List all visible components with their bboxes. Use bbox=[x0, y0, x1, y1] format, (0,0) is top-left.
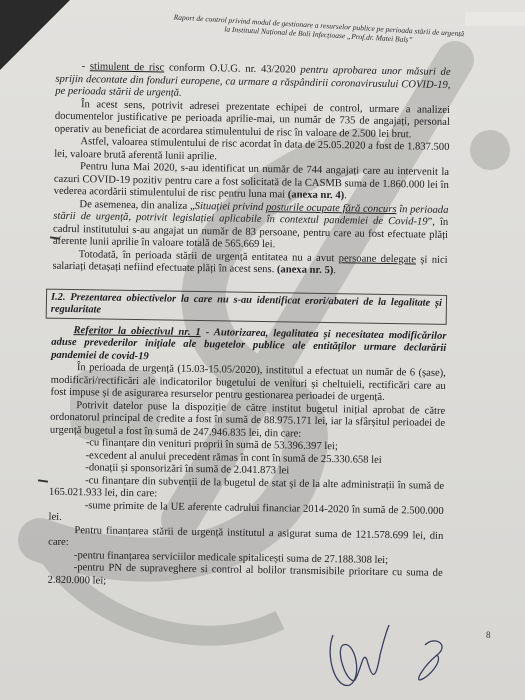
section-heading: I.2. Prezentarea obiectivelor la care nu… bbox=[46, 288, 447, 324]
paragraph-employees: În acest sens, potrivit adresei prezenta… bbox=[55, 98, 451, 142]
emergency-item: -pentru PN de supraveghere si control al… bbox=[47, 562, 442, 593]
underlined-term: stimulent de risc bbox=[90, 61, 164, 73]
paragraph-risk-bonus: - stimulent de risc conform O.U.G. nr. 4… bbox=[55, 61, 451, 105]
signature-icon bbox=[325, 615, 455, 695]
document-body: - stimulent de risc conform O.U.G. nr. 4… bbox=[47, 61, 450, 593]
objective-label: Referitor la obiectivul nr. 1 bbox=[73, 325, 200, 338]
document-text: Raport de control privind modul de gesti… bbox=[0, 0, 525, 700]
annex-reference: (anexa nr. 5) bbox=[277, 264, 334, 276]
annex-reference: (anexa nr. 4) bbox=[288, 189, 345, 201]
objective-heading: Referitor la obiectivul nr. 1 - Autoriza… bbox=[51, 324, 447, 368]
page-number: 8 bbox=[486, 630, 491, 640]
paragraph-budget-changes: În perioada de urgență (15.03-15.05/2020… bbox=[50, 362, 446, 406]
paragraph-hiring: De asemenea, din analiza „Situației priv… bbox=[53, 198, 449, 254]
paragraph-may: Pentru luna Mai 2020, s-au identificat u… bbox=[54, 161, 450, 205]
paragraph-initial-budget: Potrivit datelor puse la dispoziție de c… bbox=[50, 399, 446, 443]
running-header: Raport de control privind modul de gesti… bbox=[129, 10, 509, 50]
